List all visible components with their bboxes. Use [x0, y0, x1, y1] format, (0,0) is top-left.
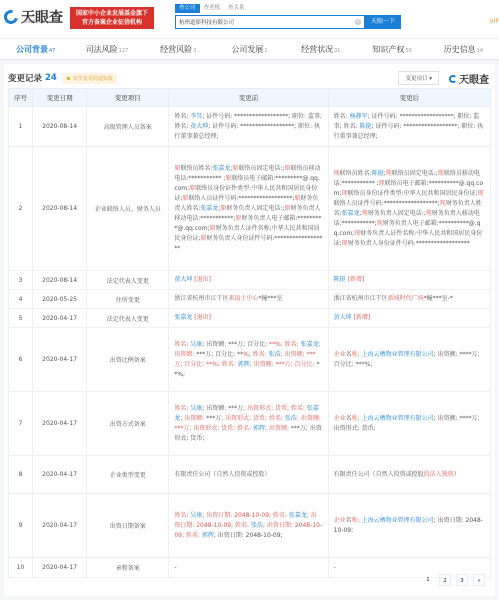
cell-date: 2020-05-25	[33, 290, 87, 309]
section-header: 变更记录 24 发生变更时通知我 变更项目 ▾ 天眼查	[8, 68, 491, 88]
nav-tab-2[interactable]: 经营风险3	[143, 39, 214, 59]
entity-link[interactable]: 上海云栖物业管理有限公司	[362, 415, 434, 422]
cell-before: -	[169, 558, 328, 578]
table-row: 92020-04-17出资日期备案姓名: 吴康; 出资日期: 2048-10-0…	[9, 494, 491, 558]
text-segment: [退出]	[192, 314, 211, 321]
watermark-text: 天眼查	[459, 71, 489, 86]
entity-link[interactable]: 郭辉	[202, 532, 214, 539]
text-segment: 企业	[334, 517, 346, 524]
text-segment: 企业	[334, 415, 346, 422]
main-nav: 公司背景47司法风险127经营风险3公司发展1经营状况31知识产权50历史信息1…	[0, 38, 499, 60]
change-records-table: 序号 变更日期 变更项目 变更前 变更后 12020-08-14高级管理人员备案…	[8, 88, 491, 578]
entity-link[interactable]: 上海云栖物业管理有限公司	[362, 351, 434, 358]
cell-no: 4	[9, 290, 33, 309]
entity-link[interactable]: 陈挺	[360, 123, 372, 130]
search-area: 查公司 查老板 查关系 杭州道影科技有限公司 × 天眼一下	[175, 4, 401, 29]
text-segment: 现	[478, 190, 484, 197]
nav-tab-label: 经营风险	[160, 45, 192, 54]
pagination: 123»	[422, 574, 485, 586]
cell-after: 现联络员姓名:陈挺;现联络员固定电话:;现联络员移动电话:***********…	[328, 147, 490, 271]
text-segment: ; 出资额: ***万; 百分比:	[202, 341, 269, 348]
badge-line-2: 官方备案企业征信机构	[70, 18, 154, 27]
cell-after: 企业名称: 上海云栖物业管理有限公司; 出资日期: 2048-10-09;	[328, 494, 490, 558]
cell-after: 企业名称: 上海云栖物业管理有限公司; 出资额: ****万; 出资形式: 货币…	[328, 392, 490, 456]
text-segment: 浙江省杭州市江干区	[334, 295, 388, 302]
cell-date: 2020-04-17	[33, 309, 87, 328]
watermark-logo-icon	[449, 75, 457, 83]
nav-tab-count: 31	[334, 48, 340, 54]
text-segment: ; 出资额:	[265, 425, 291, 432]
table-header-row: 序号 变更日期 变更项目 变更前 变更后	[9, 89, 491, 107]
badge-line-1: 国家中小企业发展基金旗下	[70, 9, 154, 18]
text-segment: %; 姓名:	[243, 351, 269, 358]
table-row: 22020-08-14企业联络人员、财务人员原联络员姓名:张嘉龙;原联络员固定电…	[9, 147, 491, 271]
text-segment: ; 出资额: ***万;	[202, 405, 247, 412]
text-segment: 出资形式: 货币; 姓名:	[247, 405, 307, 412]
cell-date: 2020-08-14	[33, 107, 87, 147]
top-bar: 天眼查 TianYanCha.com 国家中小企业发展基金旗下 官方备案企业征信…	[0, 0, 499, 38]
text-segment: 财务负责人固定电话:;	[226, 205, 284, 212]
cell-item: 出资比例备案	[87, 328, 169, 392]
section-title: 变更记录	[8, 72, 42, 84]
cell-item: 章程备案	[87, 558, 169, 578]
cell-before: 张嘉龙 [退出]	[169, 309, 328, 328]
nav-tab-label: 知识产权	[372, 45, 404, 54]
clear-icon[interactable]: ×	[355, 19, 361, 25]
cell-before: 姓名: 吴康; 出资额: ***万; 出资形式: 货币; 姓名: 张嘉龙; 出资…	[169, 392, 328, 456]
text-segment: 联络员固定电话:;	[392, 170, 438, 177]
entity-link[interactable]: 张嘉龙	[301, 341, 319, 348]
entity-link[interactable]: 张浩	[285, 415, 297, 422]
text-segment: 姓名	[174, 512, 186, 519]
nav-tab-5[interactable]: 知识产权50	[356, 39, 427, 59]
cell-after: 姓名: 杨静军; 证件号码: ******************; 职位: 监…	[328, 107, 490, 147]
cell-no: 2	[9, 147, 33, 271]
cell-date: 2020-04-17	[33, 328, 87, 392]
table-row: 12020-08-14高级管理人员备案姓名: 李冥; 证件号码: *******…	[9, 107, 491, 147]
text-segment: 姓名	[174, 405, 186, 412]
change-item-filter[interactable]: 变更项目 ▾	[398, 71, 439, 85]
table-row: 102020-04-17章程备案--	[9, 558, 491, 578]
cell-no: 9	[9, 494, 33, 558]
cell-no: 7	[9, 392, 33, 456]
cell-before: 姓名: 吴康; 出资额: ***万; 百分比: **%; 姓名: 张嘉龙; 出资…	[169, 328, 328, 392]
logo-icon	[1, 7, 20, 26]
nav-tab-label: 公司背景	[16, 45, 48, 54]
nav-tab-4[interactable]: 经营状况31	[285, 39, 356, 59]
nav-tab-label: 司法风险	[86, 45, 118, 54]
nav-tab-count: 3	[193, 48, 196, 54]
text-segment: 财务负责人固定电话:;	[368, 210, 426, 217]
nav-tab-6[interactable]: 历史信息14	[428, 39, 499, 59]
text-segment: ）	[454, 471, 460, 478]
text-segment: -	[174, 564, 176, 571]
cell-date: 2020-08-14	[33, 147, 87, 271]
search-tab-company[interactable]: 查公司	[175, 4, 200, 13]
text-segment: 有限责任公司（自然人投资或控股）	[174, 471, 270, 478]
official-badge: 国家中小企业发展基金旗下 官方备案企业征信机构	[70, 7, 154, 29]
text-segment: 联络人员证件号码:******************;	[334, 200, 440, 207]
table-row: 32020-08-14法定代表人变更黄大坤 [退出]陈挺 [新增]	[9, 271, 491, 290]
entity-link[interactable]: 上海云栖物业管理有限公司	[362, 517, 434, 524]
page-button-3[interactable]: 3	[456, 574, 468, 586]
cell-item: 企业联络人员、财务人员	[87, 147, 169, 271]
text-segment: ; 出资形式: 货币; 姓名:	[221, 415, 285, 422]
text-segment: 来福士中心	[228, 295, 258, 302]
header-item: 变更项目	[87, 89, 169, 107]
cell-no: 5	[9, 309, 33, 328]
cell-after: 有限责任公司（自然人投资或控股的法人独资）	[328, 456, 490, 494]
text-segment: -	[334, 564, 336, 571]
header-after: 变更后	[328, 89, 490, 107]
cell-before: 有限责任公司（自然人投资或控股）	[169, 456, 328, 494]
cell-no: 1	[9, 107, 33, 147]
bell-icon	[67, 77, 70, 80]
entity-link[interactable]: 吴康	[190, 341, 202, 348]
entity-link[interactable]: 张嘉龙	[174, 314, 192, 321]
cell-item: 法定代表人变更	[87, 271, 169, 290]
search-tab-boss[interactable]: 查老板	[200, 4, 225, 13]
nav-tab-count: 127	[119, 48, 129, 54]
cell-before: 浙江省杭州市江干区来福士中心*幢***室	[169, 290, 328, 309]
cell-item: 出资方式备案	[87, 392, 169, 456]
table-row: 42020-05-25住所变更浙江省杭州市江干区来福士中心*幢***室浙江省杭州…	[9, 290, 491, 309]
nav-tab-label: 历史信息	[444, 45, 476, 54]
header-no: 序号	[9, 89, 33, 107]
cell-date: 2020-08-14	[33, 271, 87, 290]
entity-link[interactable]: 吴康	[190, 512, 202, 519]
text-segment: 联络员固定电话:;	[238, 165, 284, 172]
cell-no: 3	[9, 271, 33, 290]
entity-link[interactable]: 李冥	[190, 113, 202, 120]
cell-date: 2020-04-17	[33, 456, 87, 494]
text-segment: **%; 姓名:	[269, 341, 301, 348]
cell-date: 2020-04-17	[33, 494, 87, 558]
page-button-1[interactable]: 1	[422, 574, 434, 586]
text-segment: [退出]	[192, 276, 211, 283]
nav-tab-0[interactable]: 公司背景47	[0, 39, 71, 59]
entity-link[interactable]: 张嘉龙	[342, 210, 360, 217]
text-segment: 姓名:	[174, 113, 190, 120]
entity-link[interactable]: 杨静军	[350, 113, 368, 120]
search-input[interactable]: 杭州道影科技有限公司 ×	[175, 15, 365, 29]
text-segment: [新增]	[346, 276, 365, 283]
text-segment: 有限责任公司（自然人投资或控股	[334, 471, 424, 478]
search-value: 杭州道影科技有限公司	[179, 18, 234, 26]
cell-item: 法定代表人变更	[87, 309, 169, 328]
section-count: 24	[45, 73, 57, 83]
cell-after: 浙江省杭州市江干区新城时代广场*幢***室-*	[328, 290, 490, 309]
page-button-2[interactable]: 2	[439, 574, 451, 586]
cell-no: 8	[9, 456, 33, 494]
text-segment: 联络员姓名:	[340, 170, 372, 177]
text-segment: ; 出资日期: 2048-10-09; 姓名:	[202, 512, 289, 519]
text-segment: ; 出资额:	[180, 415, 206, 422]
search-tab-relation[interactable]: 查关系	[224, 4, 249, 13]
nav-tab-3[interactable]: 公司发展1	[214, 39, 285, 59]
text-segment: 联络员身份证件类型:中华人民共和国居民身份证;	[348, 190, 478, 197]
vip-link[interactable]: VIP	[490, 18, 499, 25]
entity-link[interactable]: 黄大坤	[334, 314, 352, 321]
entity-link[interactable]: 张嘉龙	[200, 205, 218, 212]
text-segment: 企业	[334, 351, 346, 358]
cell-before: 黄大坤 [退出]	[169, 271, 328, 290]
text-segment: 姓名:	[334, 113, 350, 120]
entity-link[interactable]: 陈挺	[334, 276, 346, 283]
table-row: 72020-04-17出资方式备案姓名: 吴康; 出资额: ***万; 出资形式…	[9, 392, 491, 456]
entity-link[interactable]: 郭辉	[238, 361, 250, 368]
nav-tab-1[interactable]: 司法风险127	[71, 39, 142, 59]
notify-badge[interactable]: 发生变更时通知我	[63, 73, 117, 84]
entity-link[interactable]: 陈挺	[372, 170, 384, 177]
text-segment: 姓名	[174, 341, 186, 348]
entity-link[interactable]: 张浩	[251, 522, 263, 529]
nav-tab-count: 1	[264, 48, 267, 54]
table-row: 52020-04-17法定代表人变更张嘉龙 [退出]黄大坤 [新增]	[9, 309, 491, 328]
logo-text: 天眼查	[21, 7, 63, 27]
entity-link[interactable]: 郭辉	[253, 425, 265, 432]
cell-no: 6	[9, 328, 33, 392]
nav-tab-count: 50	[405, 48, 411, 54]
table-row: 62020-04-17出资比例备案姓名: 吴康; 出资额: ***万; 百分比:…	[9, 328, 491, 392]
entity-link[interactable]: 张嘉龙	[289, 512, 307, 519]
cell-after: 企业名称: 上海云栖物业管理有限公司; 出资额: ****万; 百分比: ***…	[328, 328, 490, 392]
text-segment: 联络员姓名:	[180, 165, 212, 172]
cell-date: 2020-04-17	[33, 392, 87, 456]
text-segment: ; 出资额: ***万; 百分比:	[250, 361, 317, 368]
entity-link[interactable]: 吴康	[190, 405, 202, 412]
table-row: 82020-04-17企业类型变更有限责任公司（自然人投资或控股）有限责任公司（…	[9, 456, 491, 494]
nav-tab-label: 经营状况	[301, 45, 333, 54]
text-segment: 财务负责人身份证件号码:******************	[348, 240, 470, 247]
nav-tab-count: 14	[477, 48, 483, 54]
header-before: 变更前	[169, 89, 328, 107]
text-segment: *幢***室-*	[424, 295, 453, 302]
cell-after: 黄大坤 [新增]	[328, 309, 490, 328]
cell-after: 陈挺 [新增]	[328, 271, 490, 290]
cell-item: 企业类型变更	[87, 456, 169, 494]
entity-link[interactable]: 黄大坤	[190, 123, 208, 130]
watermark-logo: 天眼查	[449, 71, 489, 86]
text-segment: ; 出资日期: 2048-10-09;	[214, 532, 283, 539]
logo[interactable]: 天眼查	[4, 7, 63, 27]
text-segment: ***万	[206, 415, 221, 422]
entity-link[interactable]: 黄大坤	[174, 276, 192, 283]
cell-item: 住所变更	[87, 290, 169, 309]
cell-date: 2020-04-17	[33, 558, 87, 578]
logo-subtitle: TianYanCha.com	[24, 19, 57, 24]
cell-item: 高级管理人员备案	[87, 107, 169, 147]
cell-no: 10	[9, 558, 33, 578]
text-segment: ***万; 百分比: **	[196, 351, 243, 358]
text-segment: 新城时代广场	[388, 295, 424, 302]
notify-label: 发生变更时通知我	[73, 75, 113, 82]
cell-before: 姓名: 吴康; 出资日期: 2048-10-09; 姓名: 张嘉龙; 出资日期:…	[169, 494, 328, 558]
entity-link[interactable]: 张浩	[269, 351, 281, 358]
nav-tab-count: 47	[49, 48, 55, 54]
text-segment: [新增]	[352, 314, 371, 321]
cell-before: 姓名: 李冥; 证件号码: ******************; 职位: 监事…	[169, 107, 328, 147]
cell-item: 出资日期备案	[87, 494, 169, 558]
change-records-panel: 变更记录 24 发生变更时通知我 变更项目 ▾ 天眼查 序号 变更日期 变更项目…	[4, 64, 495, 596]
header-date: 变更日期	[33, 89, 87, 107]
text-segment: 浙江省杭州市江干区	[174, 295, 228, 302]
next-page-button[interactable]: »	[473, 574, 485, 586]
nav-tab-label: 公司发展	[231, 45, 263, 54]
entity-link[interactable]: 张嘉龙	[212, 165, 230, 172]
search-button[interactable]: 天眼一下	[365, 15, 401, 29]
text-segment: *幢***室	[258, 295, 282, 302]
text-segment: 的法人独资	[424, 471, 454, 478]
cell-before: 原联络员姓名:张嘉龙;原联络员固定电话:;原联络员移动电话:**********…	[169, 147, 328, 271]
text-segment: 联络人员证件号码:******************;	[188, 195, 294, 202]
